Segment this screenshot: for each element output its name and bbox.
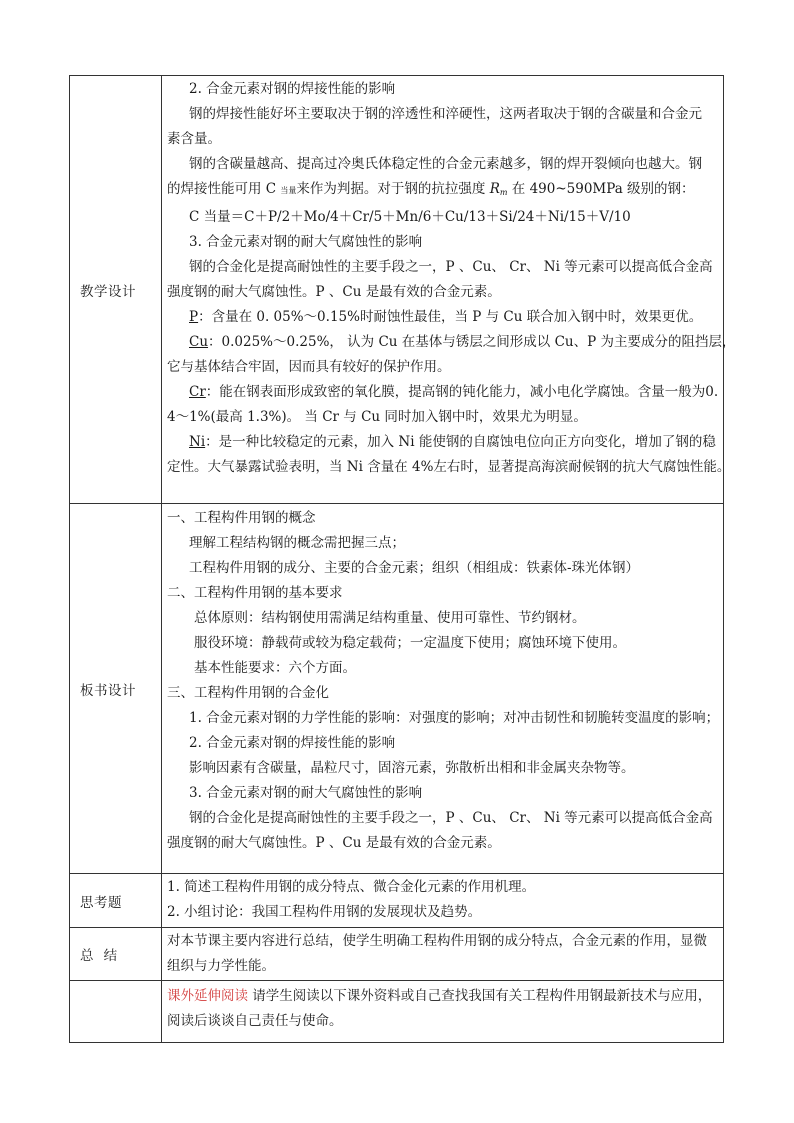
text-fragment: 在 490~590MPa 级别的钢： <box>507 181 694 197</box>
text-fragment: 请学生阅读以下课外资料或自己查找我国有关工程构件用钢最新技术与应用， <box>248 988 711 1004</box>
formula-line: C 当量＝C＋P/2＋Mo/4＋Cr/5＋Mn/6＋Cu/13＋Si/24＋Ni… <box>167 205 717 230</box>
row-content: 2. 合金元素对钢的焊接性能的影响 钢的焊接性能好坏主要取决于钢的淬透性和淬硬性… <box>162 76 724 504</box>
text-line: 它与基体结合牢固，因而具有较好的保护作用。 <box>167 355 717 380</box>
text-line: 阅读后谈谈自己责任与使命。 <box>167 1009 717 1034</box>
text-line: 强度钢的耐大气腐蚀性。P 、Cu 是最有效的合金元素。 <box>167 280 717 305</box>
text-fragment: 来作为判据。对于钢的抗拉强度 <box>296 181 489 197</box>
section-heading: 一、工程构件用钢的概念 <box>167 506 717 531</box>
text-line: 组织与力学性能。 <box>167 954 717 979</box>
text-line: 基本性能要求：六个方面。 <box>167 656 717 681</box>
row-label <box>70 981 162 1043</box>
text-line: Cu：0.025%～0.25%， 认为 Cu 在基体与锈层之间形成以 Cu、P … <box>167 330 717 355</box>
text-line: 的焊接性能可用 C 当量来作为判据。对于钢的抗拉强度 Rm 在 490~590M… <box>167 177 717 205</box>
text-line: 2. 合金元素对钢的焊接性能的影响 <box>167 731 717 756</box>
element-key: P <box>189 309 198 325</box>
text-line: 3. 合金元素对钢的耐大气腐蚀性的影响 <box>167 781 717 806</box>
text-fragment: 的焊接性能可用 C <box>167 181 280 197</box>
row-label: 总 结 <box>70 928 162 981</box>
text-line: 影响因素有含碳量，晶粒尺寸，固溶元素，弥散析出相和非金属夹杂物等。 <box>167 756 717 781</box>
text-line: 强度钢的耐大气腐蚀性。P 、Cu 是最有效的合金元素。 <box>167 831 717 856</box>
text-line: 钢的含碳量越高、提高过冷奥氏体稳定性的合金元素越多，钢的焊开裂倾向也越大。钢 <box>167 152 717 177</box>
text-line: 4～1%(最高 1.3%)。 当 Cr 与 Cu 同时加入钢中时，效果尤为明显。 <box>167 405 717 430</box>
text-line: 钢的合金化是提高耐蚀性的主要手段之一，P 、Cu、 Cr、 Ni 等元素可以提高… <box>167 806 717 831</box>
row-label: 板书设计 <box>70 504 162 874</box>
row-content: 对本节课主要内容进行总结，使学生明确工程构件用钢的成分特点，合金元素的作用，显微… <box>162 928 724 981</box>
row-summary: 总 结 对本节课主要内容进行总结，使学生明确工程构件用钢的成分特点，合金元素的作… <box>70 928 724 981</box>
row-content: 1. 简述工程构件用钢的成分特点、微合金化元素的作用机理。 2. 小组讨论：我国… <box>162 874 724 928</box>
question-item: 1. 简述工程构件用钢的成分特点、微合金化元素的作用机理。 <box>167 875 717 900</box>
element-key: Cr <box>189 384 206 400</box>
text-line: Cr：能在钢表面形成致密的氧化膜，提高钢的钝化能力，减小电化学腐蚀。含量一般为0… <box>167 380 717 405</box>
text-line: 理解工程结构钢的概念需把握三点； <box>167 531 717 556</box>
text-line: 素含量。 <box>167 127 717 152</box>
element-key: Ni <box>189 434 205 450</box>
text-line: 定性。大气暴露试验表明，当 Ni 含量在 4%左右时，显著提高海滨耐候钢的抗大气… <box>167 455 717 480</box>
text-line: P：含量在 0. 05%～0.15%时耐蚀性最佳，当 P 与 Cu 联合加入钢中… <box>167 305 717 330</box>
element-key: Cu <box>189 334 208 350</box>
row-board-design: 板书设计 一、工程构件用钢的概念 理解工程结构钢的概念需把握三点； 工程构件用钢… <box>70 504 724 874</box>
row-extended-reading: 课外延伸阅读 请学生阅读以下课外资料或自己查找我国有关工程构件用钢最新技术与应用… <box>70 981 724 1043</box>
lesson-plan-table: 教学设计 2. 合金元素对钢的焊接性能的影响 钢的焊接性能好坏主要取决于钢的淬透… <box>69 75 724 1043</box>
text-fragment: ：0.025%～0.25%， 认为 Cu 在基体与锈层之间形成以 Cu、P 为主… <box>208 334 735 350</box>
row-label: 教学设计 <box>70 76 162 504</box>
row-content: 课外延伸阅读 请学生阅读以下课外资料或自己查找我国有关工程构件用钢最新技术与应用… <box>162 981 724 1043</box>
text-line: 钢的合金化是提高耐蚀性的主要手段之一，P 、Cu、 Cr、 Ni 等元素可以提高… <box>167 255 717 280</box>
text-fragment: ：是一种比较稳定的元素，加入 Ni 能使钢的自腐蚀电位向正方向变化，增加了钢的稳 <box>205 434 716 450</box>
text-line: 1. 合金元素对钢的力学性能的影响：对强度的影响；对冲击韧性和韧脆转变温度的影响… <box>167 706 717 731</box>
row-questions: 思考题 1. 简述工程构件用钢的成分特点、微合金化元素的作用机理。 2. 小组讨… <box>70 874 724 928</box>
text-line: 钢的焊接性能好坏主要取决于钢的淬透性和淬硬性，这两者取决于钢的含碳量和合金元 <box>167 102 717 127</box>
text-line: 总体原则：结构钢使用需满足结构重量、使用可靠性、节约钢材。 <box>167 606 717 631</box>
text-line: 2. 合金元素对钢的焊接性能的影响 <box>167 77 717 102</box>
text-fragment: ：含量在 0. 05%～0.15%时耐蚀性最佳，当 P 与 Cu 联合加入钢中时… <box>198 309 702 325</box>
subscript: 当量 <box>280 186 296 195</box>
text-line: Ni：是一种比较稳定的元素，加入 Ni 能使钢的自腐蚀电位向正方向变化，增加了钢… <box>167 430 717 455</box>
text-line: 对本节课主要内容进行总结，使学生明确工程构件用钢的成分特点，合金元素的作用，显微 <box>167 929 717 954</box>
text-fragment: ：能在钢表面形成致密的氧化膜，提高钢的钝化能力，减小电化学腐蚀。含量一般为0. <box>206 384 718 400</box>
row-teaching-design: 教学设计 2. 合金元素对钢的焊接性能的影响 钢的焊接性能好坏主要取决于钢的淬透… <box>70 76 724 504</box>
section-heading: 三、工程构件用钢的合金化 <box>167 681 717 706</box>
row-label: 思考题 <box>70 874 162 928</box>
question-item: 2. 小组讨论：我国工程构件用钢的发展现状及趋势。 <box>167 900 717 925</box>
text-line: 课外延伸阅读 请学生阅读以下课外资料或自己查找我国有关工程构件用钢最新技术与应用… <box>167 984 717 1009</box>
symbol-rm: R <box>490 181 500 197</box>
text-line: 服役环境：静载荷或较为稳定载荷；一定温度下使用；腐蚀环境下使用。 <box>167 631 717 656</box>
row-content: 一、工程构件用钢的概念 理解工程结构钢的概念需把握三点； 工程构件用钢的成分、主… <box>162 504 724 874</box>
section-heading: 二、工程构件用钢的基本要求 <box>167 581 717 606</box>
extended-reading-highlight: 课外延伸阅读 <box>167 988 248 1004</box>
text-line: 3. 合金元素对钢的耐大气腐蚀性的影响 <box>167 230 717 255</box>
text-line: 工程构件用钢的成分、主要的合金元素；组织（相组成：铁素体-珠光体钢） <box>167 556 717 581</box>
